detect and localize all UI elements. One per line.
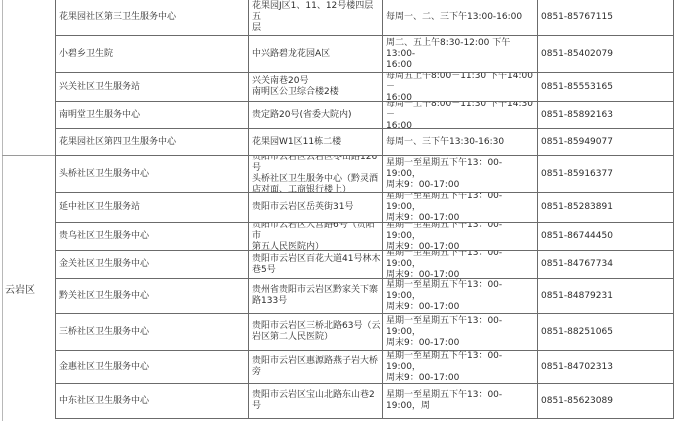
clinic-name: 延中社区卫生服务站 bbox=[55, 193, 248, 222]
district-cell-yunyan: 云岩区 bbox=[2, 156, 55, 421]
clinic-phone: 0851-84702313 bbox=[537, 351, 674, 383]
clinic-hours: 星期一至星期五下午13：00-19:00， 周末9：00-17:00 bbox=[382, 351, 537, 383]
table-row: 南明堂卫生服务中心 贵定路20号(省委大院内) 每周一上午8:00－11:30 … bbox=[55, 102, 674, 129]
clinic-hours: 星期一至星期五下午13：00-19:00， 周末9：00-17:00 bbox=[382, 156, 537, 192]
clinic-address: 贵定路20号(省委大院内) bbox=[248, 102, 382, 128]
clinic-address: 兴关南巷20号 南明区公卫综合楼2楼 bbox=[248, 73, 382, 101]
clinic-name: 小碧乡卫生院 bbox=[55, 36, 248, 72]
clinic-name: 花果园社区第四卫生服务中心 bbox=[55, 129, 248, 155]
clinic-name: 花果园社区第三卫生服务中心 bbox=[55, 0, 248, 35]
clinic-phone: 0851-85949077 bbox=[537, 129, 674, 155]
table-row: 金惠社区卫生服务中心 贵阳市云岩区惠源路燕子岩大桥 旁 星期一至星期五下午13：… bbox=[55, 351, 674, 384]
table-row: 金关社区卫生服务中心 贵阳市云岩区百花大道41号林木 巷5号 星期一至星期五下午… bbox=[55, 251, 674, 279]
clinic-address: 贵阳市云岩区惠源路燕子岩大桥 旁 bbox=[248, 351, 382, 383]
clinic-address: 贵阳市云岩区云岩区枣山路126号 头桥社区卫生服务中心（黔灵酒 店对面、工商银行… bbox=[248, 156, 382, 192]
district-cell-nanming bbox=[2, 0, 55, 155]
clinic-phone: 0851-85767115 bbox=[537, 0, 674, 35]
clinic-name: 中东社区卫生服务中心 bbox=[55, 384, 248, 418]
table-row: 贵乌社区卫生服务中心 贵阳市云岩区大营路6号（贵阳市 第五人民医院内） 星期一至… bbox=[55, 223, 674, 251]
table-row: 延中社区卫生服务站 贵阳市云岩区岳英街31号 星期一至星期五下午13：00-19… bbox=[55, 193, 674, 223]
clinic-address: 花果园W1区11栋二楼 bbox=[248, 129, 382, 155]
clinic-address: 贵阳市云岩区三桥北路63号（云 岩区第二人民医院） bbox=[248, 314, 382, 350]
clinic-hours: 星期一至星期五下午13：00-19:00， 周末9：00-17:00 bbox=[382, 279, 537, 313]
clinic-phone: 0851-85892163 bbox=[537, 102, 674, 128]
clinic-hours: 每周五上午8:00－11:30 下午14:00－ 16:00 bbox=[382, 73, 537, 101]
clinic-address: 贵阳市云岩区岳英街31号 bbox=[248, 193, 382, 222]
clinic-phone: 0851-84879231 bbox=[537, 279, 674, 313]
clinic-address: 贵阳市云岩区大营路6号（贵阳市 第五人民医院内） bbox=[248, 223, 382, 250]
clinic-hours: 星期一至星期五下午13：00-19:00， 周末9：00-17:00 bbox=[382, 223, 537, 250]
clinic-name: 三桥社区卫生服务中心 bbox=[55, 314, 248, 350]
table-row: 兴关社区卫生服务站 兴关南巷20号 南明区公卫综合楼2楼 每周五上午8:00－1… bbox=[55, 73, 674, 102]
clinic-hours: 每周一、三下午13:30-16:30 bbox=[382, 129, 537, 155]
clinic-hours: 星期一至星期五下午13：00-19:00， 周末9：00-17:00 bbox=[382, 193, 537, 222]
clinic-phone: 0851-85283891 bbox=[537, 193, 674, 222]
clinic-hours: 每周一、二、三下午13:00-16:00 bbox=[382, 0, 537, 35]
clinic-address: 花果园J区1、11、12号楼四层五 层 bbox=[248, 0, 382, 35]
clinic-phone: 0851-85916377 bbox=[537, 156, 674, 192]
table-row: 花果园社区第三卫生服务中心 花果园J区1、11、12号楼四层五 层 每周一、二、… bbox=[55, 0, 674, 36]
table-row: 小碧乡卫生院 中兴路碧龙花园A区 周二、五上午8:30-12:00 下午13:0… bbox=[55, 36, 674, 73]
table-row: 花果园社区第四卫生服务中心 花果园W1区11栋二楼 每周一、三下午13:30-1… bbox=[55, 129, 674, 156]
clinic-phone: 0851-88251065 bbox=[537, 314, 674, 350]
clinic-name: 金关社区卫生服务中心 bbox=[55, 251, 248, 278]
clinic-address: 贵阳市云岩区百花大道41号林木 巷5号 bbox=[248, 251, 382, 278]
clinic-hours: 周二、五上午8:30-12:00 下午13:00- 16:00 bbox=[382, 36, 537, 72]
clinic-name: 头桥社区卫生服务中心 bbox=[55, 156, 248, 192]
clinic-name: 南明堂卫生服务中心 bbox=[55, 102, 248, 128]
clinic-phone: 0851-86744450 bbox=[537, 223, 674, 250]
clinic-address: 贵州省贵阳市云岩区黔家关下寨 路133号 bbox=[248, 279, 382, 313]
clinic-hours: 星期一至星期五下午13：00-19:00， 周末9：00-17:00 bbox=[382, 314, 537, 350]
table-row: 黔关社区卫生服务中心 贵州省贵阳市云岩区黔家关下寨 路133号 星期一至星期五下… bbox=[55, 279, 674, 314]
clinic-name: 兴关社区卫生服务站 bbox=[55, 73, 248, 101]
table-row: 中东社区卫生服务中心 贵阳市云岩区宝山北路东山巷2号 星期一至星期五下午13：0… bbox=[55, 384, 674, 419]
clinic-name: 贵乌社区卫生服务中心 bbox=[55, 223, 248, 250]
clinic-name: 黔关社区卫生服务中心 bbox=[55, 279, 248, 313]
clinic-phone: 0851-85553165 bbox=[537, 73, 674, 101]
clinic-phone: 0851-84767734 bbox=[537, 251, 674, 278]
clinic-hours: 星期一至星期五下午13：00-19:00， 周末9：00-17:00 bbox=[382, 251, 537, 278]
clinic-phone: 0851-85623089 bbox=[537, 384, 674, 418]
clinic-name: 金惠社区卫生服务中心 bbox=[55, 351, 248, 383]
table-row: 头桥社区卫生服务中心 贵阳市云岩区云岩区枣山路126号 头桥社区卫生服务中心（黔… bbox=[55, 156, 674, 193]
clinic-hours: 每周一上午8:00－11:30 下午14:30－ 16:00 bbox=[382, 102, 537, 128]
table-row: 三桥社区卫生服务中心 贵阳市云岩区三桥北路63号（云 岩区第二人民医院） 星期一… bbox=[55, 314, 674, 351]
clinic-address: 贵阳市云岩区宝山北路东山巷2号 bbox=[248, 384, 382, 418]
clinic-phone: 0851-85402079 bbox=[537, 36, 674, 72]
clinic-hours: 星期一至星期五下午13：00-19:00，周 bbox=[382, 384, 537, 418]
clinic-address: 中兴路碧龙花园A区 bbox=[248, 36, 382, 72]
